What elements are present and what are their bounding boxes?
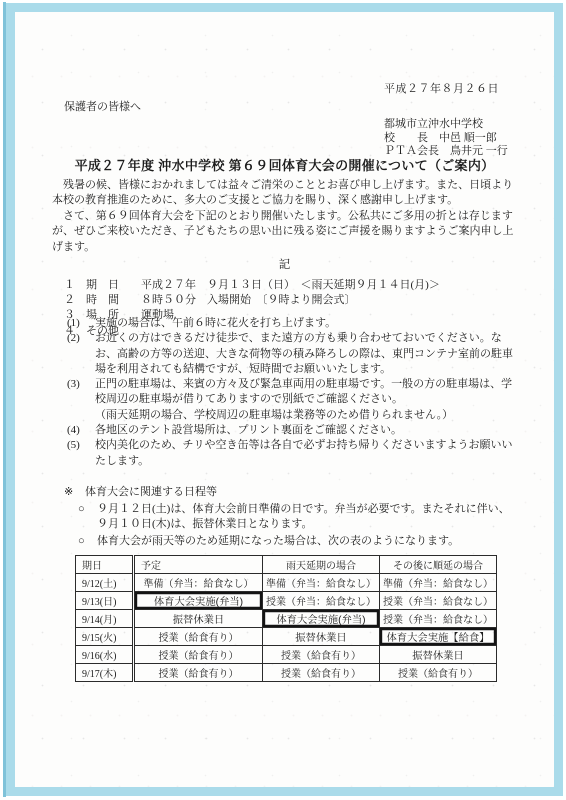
schedule-cell: 準備（弁当：給食なし） [380, 574, 497, 592]
schedule-cell: 準備（弁当：給食なし） [134, 574, 263, 592]
greeting-paragraph: 残暑の候、皆様におかれましては益々ご清栄のこととお喜び申し上げます。また、日頃よ… [52, 178, 518, 255]
schedule-cell: 授業（給食有り） [263, 664, 380, 682]
table-row: 9/17(木) 授業（給食有り） 授業（給食有り） 授業（給食有り） [76, 664, 497, 682]
other-notes-list: (1) 実施の場合は、午前６時に花火を打ち上げます。 (2) お近くの方はできる… [67, 316, 521, 469]
record-heading: 記 [15, 256, 554, 272]
schedule-cell: 授業（給食有り） [380, 664, 497, 682]
table-header-row: 期日 予定 雨天延期の場合 その後に順延の場合 [76, 556, 497, 574]
circle-bullet-icon: ○ [78, 502, 90, 533]
schedule-cell: 振替休業日 [134, 610, 263, 628]
schedule-date: 9/12(土) [76, 574, 134, 592]
table-row: 9/16(水) 授業（給食有り） 授業（給食有り） 振替休業日 [76, 646, 497, 664]
schedule-cell: 授業（給食有り） [263, 646, 380, 664]
schedule-date: 9/13(日) [76, 592, 134, 610]
list-item: (2) お近くの方はできるだけ徒歩で、また遠方の方も乗り合わせておいでください。… [67, 331, 521, 377]
list-item-text: お近くの方はできるだけ徒歩で、また遠方の方も乗り合わせておいでください。なお、高… [95, 331, 521, 377]
schedule-date: 9/14(月) [76, 610, 134, 628]
schedule-cell: 授業（給食有り） [134, 628, 263, 646]
header-rain-postpone: 雨天延期の場合 [263, 556, 380, 574]
table-row: 9/12(土) 準備（弁当：給食なし） 準備（弁当：給食なし） 準備（弁当：給食… [76, 574, 497, 592]
list-item-text: 正門の駐車場は、来賓の方々及び緊急車両用の駐車場です。一般の方の駐車場は、学校周… [95, 377, 521, 423]
schedule-notes-heading-text: 体育大会に関連する日程等 [85, 485, 217, 500]
list-item-marker: (5) [67, 438, 95, 469]
item-time: ２ 時 間 ８時５０分 入場開始 〔９時より開会式〕 [64, 293, 440, 308]
reference-mark: ※ [64, 485, 85, 500]
list-item-marker: (2) [67, 331, 95, 377]
table-row: 9/14(月) 振替休業日 体育大会実施(弁当) 授業（弁当：給食なし） [76, 610, 497, 628]
schedule-notes-heading: ※ 体育大会に関連する日程等 [64, 485, 520, 500]
list-item-text: 各地区のテント設営場所は、プリント裏面をご確認ください。 [95, 423, 521, 438]
schedule-cell: 準備（弁当：給食なし） [263, 574, 380, 592]
item-date: １ 期 日 平成２７年 ９月１３日（日） ＜雨天延期９月１４日(月)＞ [64, 278, 440, 293]
scanned-letter-page: { "doc": { "date": "平成２７年８月２６日", "recipi… [0, 0, 566, 800]
schedule-date: 9/15(火) [76, 628, 134, 646]
note-bullet: ○ ９月１２日(土)は、体育大会前日準備の日です。弁当が必要です。またそれに伴い… [64, 502, 520, 533]
schedule-cell: 授業（給食有り） [134, 664, 263, 682]
schedule-cell: 授業（弁当：給食なし） [380, 610, 497, 628]
sender-principal: 校 長 中邑 順一郎 [384, 132, 508, 146]
list-item-text: 実施の場合は、午前６時に花火を打ち上げます。 [95, 316, 521, 331]
recipient-line: 保護者の皆様へ [64, 98, 141, 114]
schedule-table: 期日 予定 雨天延期の場合 その後に順延の場合 9/12(土) 準備（弁当：給食… [75, 555, 497, 682]
circle-bullet-icon: ○ [78, 534, 90, 549]
note-bullet-text: ９月１２日(土)は、体育大会前日準備の日です。弁当が必要です。またそれに伴い、 … [97, 502, 520, 533]
sender-school: 都城市立沖水中学校 [384, 118, 508, 132]
issue-date: 平成２７年８月２６日 [384, 80, 499, 96]
schedule-cell: 振替休業日 [380, 646, 497, 664]
schedule-cell-sports-day: 体育大会実施(弁当) [263, 610, 380, 628]
schedule-notes-section: ※ 体育大会に関連する日程等 ○ ９月１２日(土)は、体育大会前日準備の日です。… [64, 485, 520, 550]
note-bullet: ○ 体育大会が雨天等のため延期になった場合は、次の表のようになります。 [64, 534, 520, 549]
document-title: 平成２７年度 沖水中学校 第６９回体育大会の開催について（ご案内） [15, 155, 554, 174]
table-row: 9/15(火) 授業（給食有り） 振替休業日 体育大会実施【給食】 [76, 628, 497, 646]
note-bullet-text: 体育大会が雨天等のため延期になった場合は、次の表のようになります。 [97, 534, 520, 549]
schedule-cell-sports-day: 体育大会実施【給食】 [380, 628, 497, 646]
schedule-cell-sports-day: 体育大会実施(弁当) [134, 592, 263, 610]
sender-block: 都城市立沖水中学校 校 長 中邑 順一郎 ＰＴＡ会長 鳥井元 一行 [384, 118, 508, 159]
document-page: 平成２７年８月２６日 保護者の皆様へ 都城市立沖水中学校 校 長 中邑 順一郎 … [15, 12, 554, 787]
list-item: (5) 校内美化のため、チリや空き缶等は各自で必ずお持ち帰りくださいますようお願… [67, 438, 521, 469]
list-item-text: 校内美化のため、チリや空き缶等は各自で必ずお持ち帰りくださいますようお願いいたし… [95, 438, 521, 469]
list-item: (4) 各地区のテント設営場所は、プリント裏面をご確認ください。 [67, 423, 521, 438]
list-item-marker: (1) [67, 316, 95, 331]
list-item-marker: (3) [67, 377, 95, 423]
list-item-marker: (4) [67, 423, 95, 438]
header-date: 期日 [76, 556, 134, 574]
header-further-postpone: その後に順延の場合 [380, 556, 497, 574]
table-row: 9/13(日) 体育大会実施(弁当) 授業（弁当：給食なし） 授業（弁当：給食な… [76, 592, 497, 610]
schedule-cell: 授業（弁当：給食なし） [263, 592, 380, 610]
schedule-cell: 授業（給食有り） [134, 646, 263, 664]
schedule-cell: 授業（弁当：給食なし） [380, 592, 497, 610]
header-plan: 予定 [134, 556, 263, 574]
schedule-cell: 振替休業日 [263, 628, 380, 646]
schedule-date: 9/16(水) [76, 646, 134, 664]
list-item: (3) 正門の駐車場は、来賓の方々及び緊急車両用の駐車場です。一般の方の駐車場は… [67, 377, 521, 423]
schedule-date: 9/17(木) [76, 664, 134, 682]
list-item: (1) 実施の場合は、午前６時に花火を打ち上げます。 [67, 316, 521, 331]
